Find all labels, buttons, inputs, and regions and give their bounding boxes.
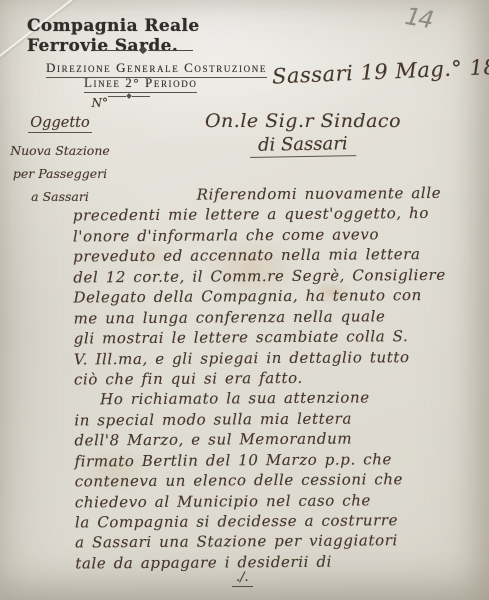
subject-line-1: Nuova Stazione — [4, 139, 116, 162]
body-line: tale da appagare i desiderii di — [75, 551, 487, 574]
body-line: gli mostrai le lettere scambiate colla S… — [74, 327, 486, 350]
body-line: l'onore d'informarla che come avevo — [73, 224, 485, 247]
body-line: in special modo sulla mia lettera — [74, 408, 486, 431]
body-line: a Sassari una Stazione per viaggiatori — [75, 531, 487, 554]
ornament-diamond — [126, 93, 132, 99]
divider-line-right — [148, 50, 193, 51]
body-line: precedenti mie lettere a quest'oggetto, … — [73, 204, 485, 227]
body-line: conteneva un elenco delle cessioni che — [75, 470, 487, 493]
recipient-block: On.le Sig.r Sindaco di Sassari — [188, 110, 418, 157]
continuation-mark: ./. — [232, 570, 253, 587]
divider-line-left — [93, 50, 138, 51]
paragraph-1: Riferendomi nuovamente alle precedenti m… — [73, 184, 486, 391]
body-line: del 12 cor.te, il Comm.re Segrè, Consigl… — [73, 265, 485, 288]
body-line: Delegato della Compagnia, ha tenuto con — [73, 286, 485, 309]
ornament-line-right — [132, 96, 150, 97]
divider-diamond-ornament — [139, 46, 147, 54]
letterhead-division: Linee 2° Periodo — [84, 75, 197, 93]
letter-page: 14 Compagnia Reale Ferrovie Sarde. Direz… — [0, 0, 489, 600]
letterhead-divider — [93, 46, 193, 54]
subject-label: Oggetto — [28, 115, 91, 133]
recipient-line2: di Sassari — [250, 133, 356, 158]
paragraph-2: Ho richiamato la sua attenzione in speci… — [74, 388, 487, 575]
letter-body: Riferendomi nuovamente alle precedenti m… — [73, 184, 488, 575]
body-line: V. Ill.ma, e gli spiegai in dettaglio tu… — [74, 347, 486, 370]
body-line: ciò che fin qui si era fatto. — [74, 367, 486, 390]
body-line: firmato Bertlin del 10 Marzo p.p. che — [75, 449, 487, 472]
body-line: chiedevo al Municipio nel caso che — [75, 490, 487, 513]
body-line: Ho richiamato la sua attenzione — [74, 388, 486, 411]
recipient-line1: On.le Sig.r Sindaco — [188, 110, 418, 132]
dateline: Sassari 19 Mag.° 1881 — [272, 55, 483, 88]
body-line: Riferendomi nuovamente alle — [73, 184, 485, 207]
body-line: preveduto ed accennato nella mia lettera — [73, 245, 485, 268]
body-line: me una lunga conferenza nella quale — [74, 306, 486, 329]
number-label: N° — [4, 96, 116, 110]
pencil-page-number: 14 — [401, 2, 457, 50]
body-line: dell'8 Marzo, e sul Memorandum — [74, 429, 486, 452]
subject-line-2: per Passeggeri — [4, 162, 116, 185]
body-line: la Compagnia si decidesse a costrurre — [75, 511, 487, 534]
